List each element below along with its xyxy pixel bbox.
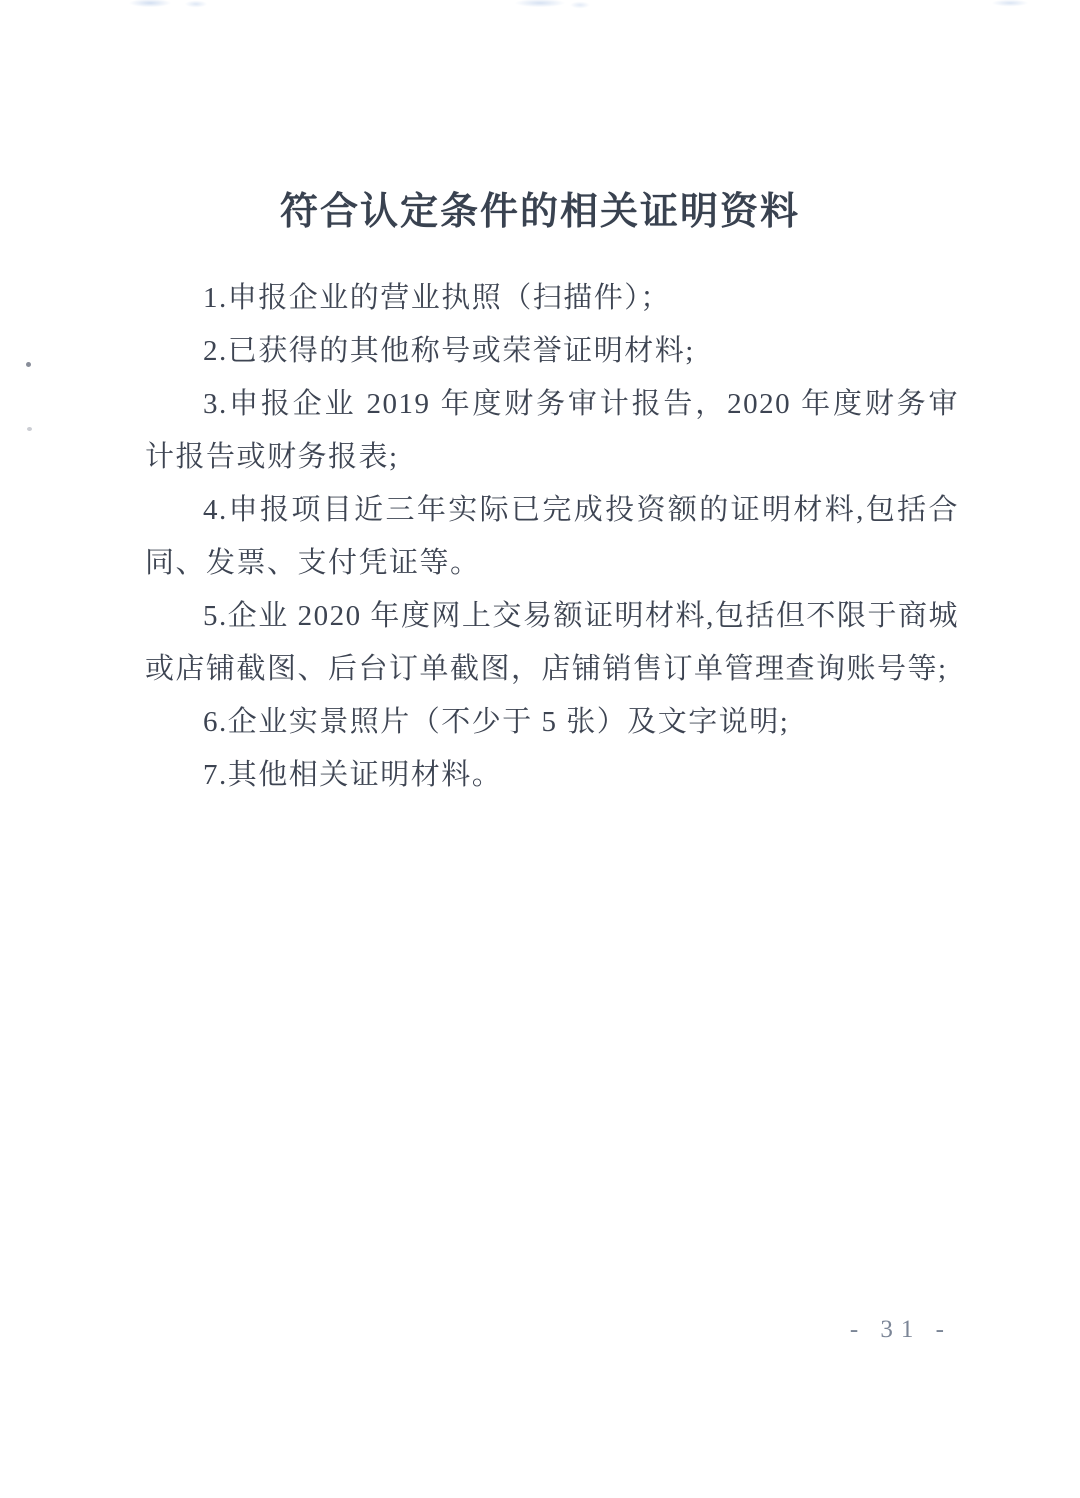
page-title: 符合认定条件的相关证明资料 (0, 180, 1080, 235)
scan-speck (26, 362, 31, 367)
list-item-1: 1.申报企业的营业执照（扫描件）； (145, 272, 959, 325)
scan-artifact-top (0, 0, 1080, 12)
document-body: 1.申报企业的营业执照（扫描件）； 2.已获得的其他称号或荣誉证明材料; 3.申… (145, 272, 959, 802)
list-item-4: 4.申报项目近三年实际已完成投资额的证明材料,包括合同、发票、支付凭证等。 (145, 484, 959, 590)
list-item-6: 6.企业实景照片（不少于 5 张）及文字说明; (145, 696, 959, 749)
list-item-7: 7.其他相关证明材料。 (145, 749, 959, 802)
list-item-2: 2.已获得的其他称号或荣誉证明材料; (145, 325, 959, 378)
list-item-5: 5.企业 2020 年度网上交易额证明材料,包括但不限于商城或店铺截图、后台订单… (145, 590, 959, 696)
list-item-3: 3.申报企业 2019 年度财务审计报告，2020 年度财务审计报告或财务报表; (145, 378, 959, 484)
page-number: - 31 - (850, 1316, 952, 1344)
scan-speck (27, 427, 32, 431)
document-page: 符合认定条件的相关证明资料 1.申报企业的营业执照（扫描件）； 2.已获得的其他… (0, 0, 1080, 1498)
